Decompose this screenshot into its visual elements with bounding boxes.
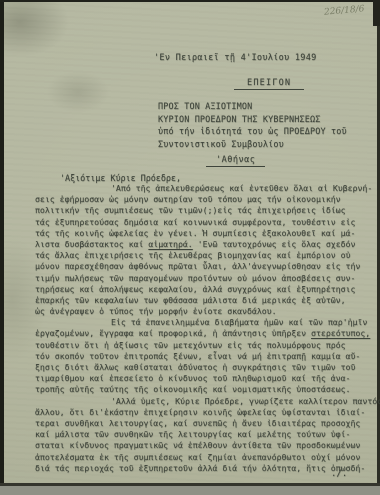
body-line-text: σταται κίνδυνος πραγματικῶς νά ἐπέλθουν …: [35, 440, 360, 450]
body-line: τάς ἐξυπηρετούσας δημόσια καί κοινωνικά …: [35, 217, 359, 228]
handwritten-ref-number: 226/18/6: [323, 4, 364, 17]
body-line: 'Αλλά ὑμεῖς, Κύριε Πρόεδρε, γνωρίζετε κα…: [35, 396, 359, 407]
urgency-label: ΕΠΕΙΓΟΝ: [234, 78, 304, 88]
recipient-city-text: 'Αθήνας: [206, 155, 265, 167]
body-line-text: τάς ἄλλας ἐπιχειρήσεις τῆς ἐλευθέρας βιο…: [35, 250, 350, 260]
body-line: ὡς ἀνέγραψεν ὁ τύπος τήν μορφήν ἐνίοτε σ…: [35, 306, 359, 317]
body-line-text: ὡς ἀνέγραψεν ὁ τύπος τήν μορφήν ἐνίοτε σ…: [35, 306, 277, 316]
body-line: τάς τῆς κοινῆς ὠφελείας ἐν γένει. Ἡ συμπ…: [35, 228, 359, 239]
body-line: πολιτικήν τῆς συμπιέσεως τῶν τιμῶν(;)εἰς…: [35, 205, 359, 216]
body-line-text: τουθέστιν ὅτι ἡ ἀξίωσις τῶν μετεχόντων ε…: [35, 340, 346, 350]
body-line-text: ἐπαρκής τῶν κεφαλαίων των φθάσασα μάλιστ…: [35, 295, 346, 305]
body-line: τιμαρίθμου καί ἐπεσείετο ὁ κίνδυνος τοῦ …: [35, 373, 359, 384]
body-line: τουθέστιν ὅτι ἡ ἀξίωσις τῶν μετεχόντων ε…: [35, 340, 359, 351]
body-line: μόνον παρεσχέθησαν ἀφθόνως πρῶται ὗλαι, …: [35, 261, 359, 272]
body-line: ἀποτελέσματα ἐκ τῆς συμπιέσεως καί ζημία…: [35, 452, 359, 463]
body-line-text: ἐργαζομένων, ἔγγραφα καί προφορικά, ἡ ἀπ…: [35, 328, 311, 338]
dateline: 'Εν Πειραιεῖ τῇ 4'Ιουλίου 1949: [154, 53, 317, 63]
scan-edge-left: [0, 0, 4, 495]
body-line-text: 'Αλλά ὑμεῖς, Κύριε Πρόεδρε, γνωρίζετε κα…: [111, 396, 380, 406]
body-line-underlined-text: αἱματηρά.: [148, 239, 192, 249]
body-line-underlined-text: στερεότυπος,: [311, 328, 370, 338]
continuation-mark: ./.: [331, 469, 347, 479]
scan-edge-corner: [373, 0, 380, 26]
body-line: σταται κίνδυνος πραγματικῶς νά ἐπέλθουν …: [35, 440, 359, 451]
body-line-text: τηρήσεως καί ἀπολήψεως κεφαλαίου, ἀλλά σ…: [35, 284, 355, 294]
body-line: καί μάλιστα τῶν συνθηκῶν τῆς λειτουργίας…: [35, 429, 359, 440]
scan-edge-top: [0, 0, 380, 2]
body-line: λιστα δυσβάστακτος καί αἱματηρά. 'Ενῶ τα…: [35, 239, 359, 250]
body-line-text: διά τάς περιοχάς τοῦ ἐξυπηρετοῦν ἀλλά δι…: [35, 463, 365, 473]
body-line: τόν σκοπόν τοῦτον ἐπιτροπάς ξένων, εἶναι…: [35, 351, 359, 362]
body-line-text: τόν σκοπόν τοῦτον ἐπιτροπάς ξένων, εἶναι…: [35, 351, 360, 361]
body-line-text: τροπῆς αὐτῆς ταύτης τῆς οἰκονομικῆς καί …: [35, 384, 350, 394]
body-line: Εἰς τά ἐπανειλημμένα διαβήματα ἡμῶν καί …: [35, 317, 359, 328]
recipient-block: ΠΡΟΣ ΤΟΝ ΑΞΙΟΤΙΜΟΝ ΚΥΡΙΟΝ ΠΡΟΕΔΡΟΝ ΤΗΣ Κ…: [158, 100, 347, 150]
body-line-text: πολιτικήν τῆς συμπιέσεως τῶν τιμῶν(;)εἰς…: [35, 205, 346, 215]
body-line-text: καί μάλιστα τῶν συνθηκῶν τῆς λειτουργίας…: [35, 429, 350, 439]
body-line-text: λιστα δυσβάστακτος καί: [35, 239, 148, 249]
recipient-city: 'Αθήνας: [206, 155, 265, 165]
body-line: τάς ἄλλας ἐπιχειρήσεις τῆς ἐλευθέρας βιο…: [35, 250, 359, 261]
body-line: ἄλλου, ὅτι δι'ἑκάστην ἐπιχείρησιν κοινῆς…: [35, 407, 359, 418]
body-line: διά τάς περιοχάς τοῦ ἐξυπηρετοῦν ἀλλά δι…: [35, 463, 359, 474]
body-line-text: σεις ἐφήρμοσαν ὡς μόνην σωτηρίαν τοῦ τόπ…: [35, 194, 341, 204]
body-line: τεραι συνθῆκαι λειτουργίας, καί συνεπῶς …: [35, 418, 359, 429]
body-line-text-after: 'Ενῶ ταυτοχρόνως εἰς ὅλας σχεδόν: [193, 239, 356, 249]
body-line-text: τάς τῆς κοινῆς ὠφελείας ἐν γένει. Ἡ συμπ…: [35, 228, 355, 238]
letter-body: 'Από τῆς ἀπελευθερώσεως καί ἐντεῦθεν ὅλα…: [35, 183, 359, 474]
body-line: τιμήν πωλήσεως τῶν παραγομένων προϊόντων…: [35, 273, 359, 284]
body-line-text: τεραι συνθῆκαι λειτουργίας, καί συνεπῶς …: [35, 418, 360, 428]
body-line: ξησις διότι ἄλλως καθίσταται ἀδύνατος ἡ …: [35, 362, 359, 373]
salutation: 'Αξιότιμε Κύριε Πρόεδρε,: [60, 173, 181, 183]
body-line-text: μόνον παρεσχέθησαν ἀφθόνως πρῶται ὗλαι, …: [35, 261, 360, 271]
body-line-text: ἀποτελέσματα ἐκ τῆς συμπιέσεως καί ζημία…: [35, 452, 360, 462]
body-line: σεις ἐφήρμοσαν ὡς μόνην σωτηρίαν τοῦ τόπ…: [35, 194, 359, 205]
recipient-line-2: ΚΥΡΙΟΝ ΠΡΟΕΔΡΟΝ ΤΗΣ ΚΥΒΕΡΝΗΣΕΩΣ: [158, 113, 347, 126]
body-line: 'Από τῆς ἀπελευθερώσεως καί ἐντεῦθεν ὅλα…: [35, 183, 359, 194]
body-line-text: ξησις διότι ἄλλως καθίσταται ἀδύνατος ἡ …: [35, 362, 355, 372]
body-line-text: Εἰς τά ἐπανειλημμένα διαβήματα ἡμῶν καί …: [111, 317, 367, 327]
body-line-text: τιμήν πωλήσεως τῶν παραγομένων προϊόντων…: [35, 273, 355, 283]
recipient-line-3: ὑπό τήν ἰδιότητά του ὡς ΠΡΟΕΔΡΟΥ τοῦ: [158, 125, 347, 138]
urgency-label-text: ΕΠΕΙΓΟΝ: [234, 78, 304, 90]
recipient-line-1: ΠΡΟΣ ΤΟΝ ΑΞΙΟΤΙΜΟΝ: [158, 100, 347, 113]
body-line: ἐπαρκής τῶν κεφαλαίων των φθάσασα μάλιστ…: [35, 295, 359, 306]
body-line-text: τάς ἐξυπηρετούσας δημόσια καί κοινωνικά …: [35, 217, 355, 227]
body-line: ἐργαζομένων, ἔγγραφα καί προφορικά, ἡ ἀπ…: [35, 328, 359, 339]
body-line: τηρήσεως καί ἀπολήψεως κεφαλαίου, ἀλλά σ…: [35, 284, 359, 295]
scanned-letter-page: 226/18/6 'Εν Πειραιεῖ τῇ 4'Ιουλίου 1949 …: [0, 0, 380, 495]
body-line-text: ἄλλου, ὅτι δι'ἑκάστην ἐπιχείρησιν κοινῆς…: [35, 407, 365, 417]
recipient-line-4: Συντονιστικοῦ Συμβουλίου: [158, 138, 347, 151]
body-line-text: 'Από τῆς ἀπελευθερώσεως καί ἐντεῦθεν ὅλα…: [111, 183, 372, 193]
body-line: τροπῆς αὐτῆς ταύτης τῆς οἰκονομικῆς καί …: [35, 384, 359, 395]
scan-bottom-band: [0, 486, 380, 495]
body-line-text: τιμαρίθμου καί ἐπεσείετο ὁ κίνδυνος τοῦ …: [35, 373, 350, 383]
